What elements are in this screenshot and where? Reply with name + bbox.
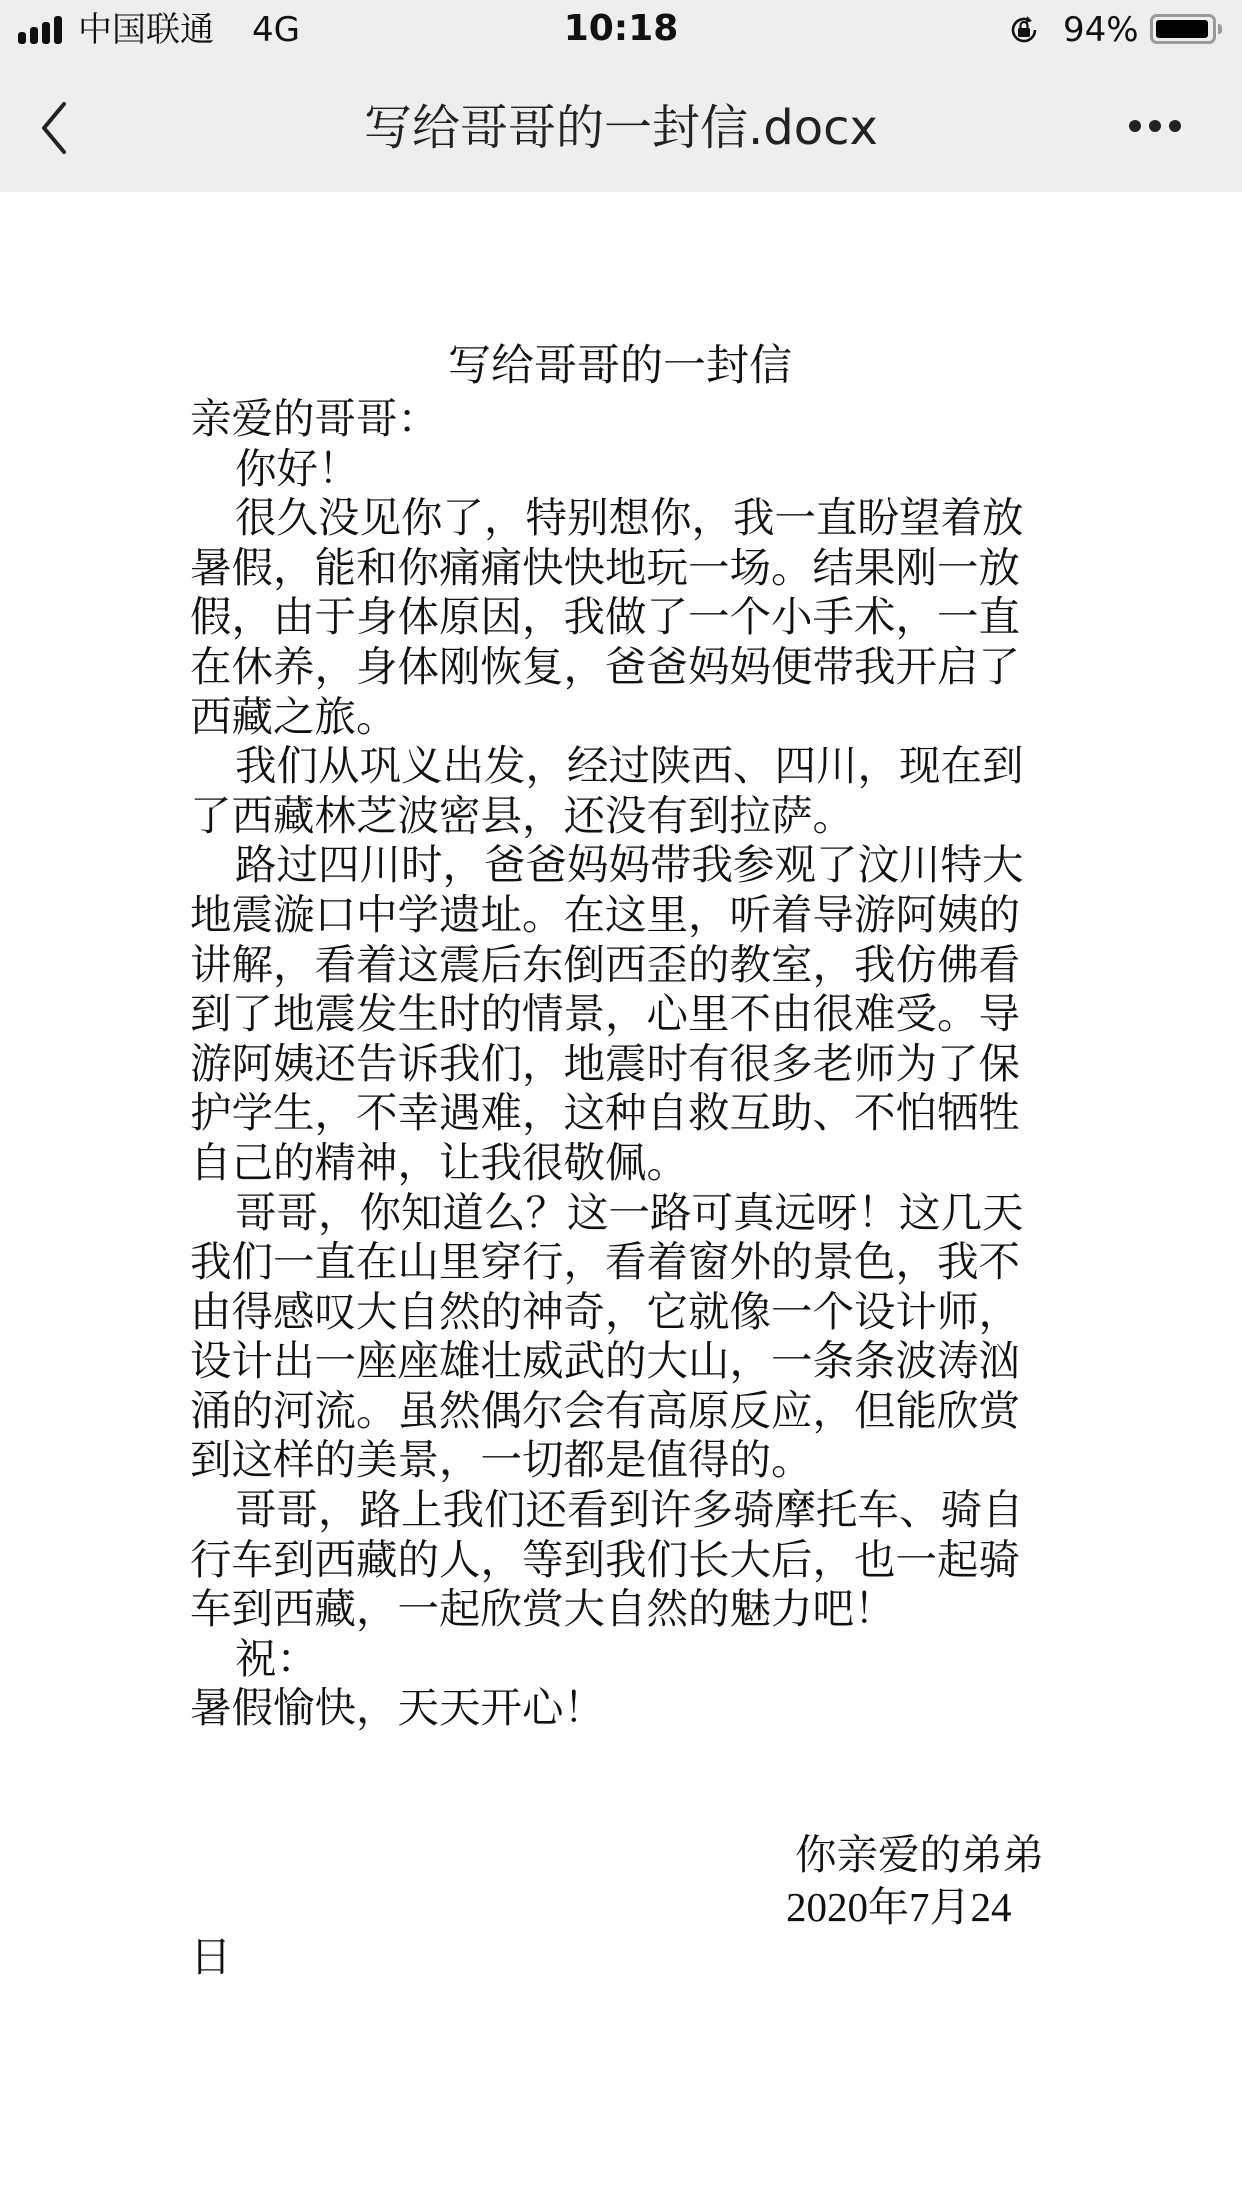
back-button[interactable] <box>30 90 90 160</box>
paragraph: 路过四川时，爸爸妈妈带我参观了汶川特大地震漩口中学遗址。在这里，听着导游阿姨的讲… <box>190 840 1030 1187</box>
signature: 你亲爱的弟弟 <box>795 1830 1044 1880</box>
chevron-left-icon <box>30 90 90 160</box>
battery-percent: 94% <box>1063 8 1139 52</box>
status-bar: 中国联通 4G 10:18 94% <box>0 0 1242 60</box>
salutation: 亲爱的哥哥： <box>190 394 1030 444</box>
paragraph: 我们从巩义出发，经过陕西、四川，现在到了西藏林芝波密县，还没有到拉萨。 <box>190 741 1030 840</box>
ellipsis-icon <box>1129 120 1141 132</box>
document-heading: 写给哥哥的一封信 <box>190 338 1050 394</box>
battery-tip <box>1218 24 1222 34</box>
letter-date: 2020年7月24 <box>786 1882 1012 1932</box>
top-bar: 中国联通 4G 10:18 94% 写给哥哥的一封信.docx <box>0 0 1242 192</box>
letter-body: 亲爱的哥哥： 你好！ 很久没见你了，特别想你，我一直盼望着放暑假，能和你痛痛快快… <box>190 394 1030 1733</box>
battery-icon <box>1150 14 1216 44</box>
paragraph: 很久没见你了，特别想你，我一直盼望着放暑假，能和你痛痛快快地玩一场。结果刚一放假… <box>190 493 1030 741</box>
paragraph: 哥哥，路上我们还看到许多骑摩托车、骑自行车到西藏的人，等到我们长大后，也一起骑车… <box>190 1485 1030 1634</box>
document-filename-title: 写给哥哥的一封信.docx <box>180 96 1062 160</box>
greeting: 你好！ <box>190 444 1030 494</box>
orientation-lock-icon <box>1008 14 1040 46</box>
more-options-button[interactable] <box>1120 105 1190 145</box>
closing: 祝： <box>190 1634 1030 1684</box>
status-time: 10:18 <box>0 6 1242 52</box>
wish: 暑假愉快，天天开心！ <box>190 1683 1030 1733</box>
letter-date-day: 日 <box>190 1932 232 1982</box>
paragraph: 哥哥，你知道么？这一路可真远呀！这几天我们一直在山里穿行，看着窗外的景色，我不由… <box>190 1188 1030 1486</box>
